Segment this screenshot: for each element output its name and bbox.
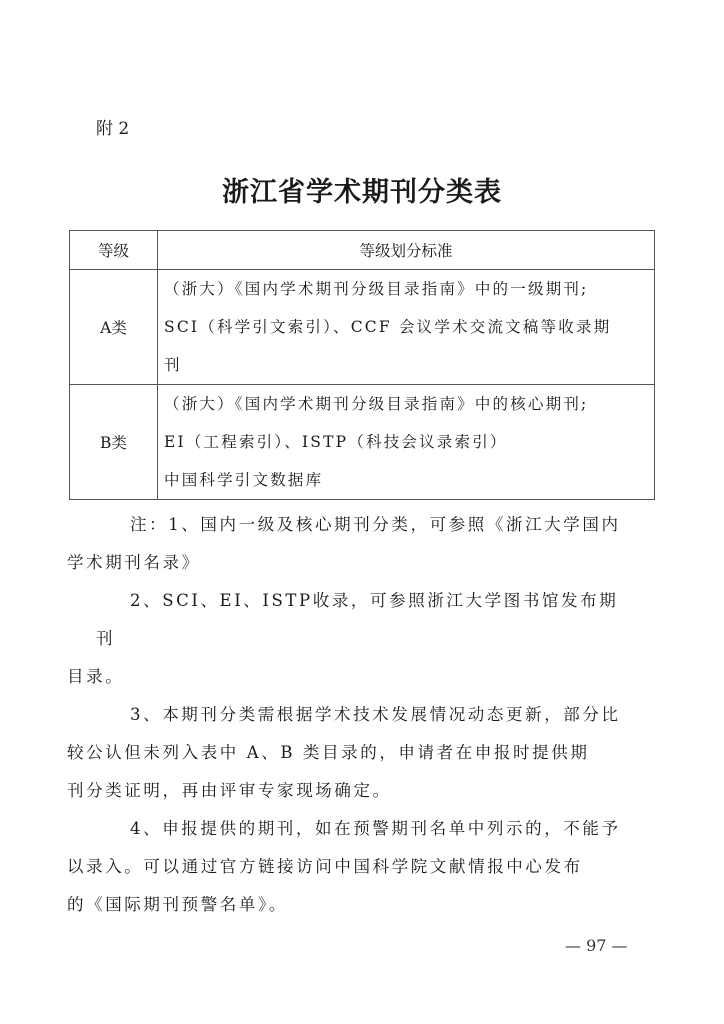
table-row: B类 （浙大）《国内学术期刊分级目录指南》中的核心期刊; EI（工程索引）、IS…: [70, 385, 655, 500]
note-1-continuation: 学术期刊名录》: [67, 544, 636, 582]
table-header-row: 等级 等级划分标准: [70, 231, 655, 270]
note-2-continuation: 目录。: [67, 658, 636, 696]
criteria-line: （浙大）《国内学术期刊分级目录指南》中的核心期刊;: [164, 385, 654, 423]
criteria-cell: （浙大）《国内学术期刊分级目录指南》中的一级期刊; SCI（科学引文索引）、CC…: [158, 270, 655, 385]
note-1-first-line: 注：1、国内一级及核心期刊分类，可参照《浙江大学国内: [96, 506, 636, 544]
page-number: — 97 —: [565, 936, 628, 955]
grade-cell: A类: [70, 270, 158, 385]
note-3-first-line: 3、本期刊分类需根据学术技术发展情况动态更新，部分比: [96, 696, 636, 734]
criteria-line: （浙大）《国内学术期刊分级目录指南》中的一级期刊;: [164, 270, 654, 308]
criteria-line: 刊: [164, 346, 654, 384]
note-3-continuation: 较公认但未列入表中 A、B 类目录的，申请者在申报时提供期: [67, 734, 636, 772]
criteria-line: EI（工程索引）、ISTP（科技会议录索引）: [164, 423, 654, 461]
criteria-cell: （浙大）《国内学术期刊分级目录指南》中的核心期刊; EI（工程索引）、ISTP（…: [158, 385, 655, 500]
grade-cell: B类: [70, 385, 158, 500]
header-grade: 等级: [70, 231, 158, 270]
classification-table: 等级 等级划分标准 A类 （浙大）《国内学术期刊分级目录指南》中的一级期刊; S…: [69, 230, 655, 500]
page-title: 浙江省学术期刊分类表: [0, 170, 724, 209]
attachment-label: 附 2: [96, 114, 129, 139]
note-4-first-line: 4、申报提供的期刊，如在预警期刊名单中列示的，不能予: [96, 810, 636, 848]
header-criteria: 等级划分标准: [158, 231, 655, 270]
note-3-continuation: 刊分类证明，再由评审专家现场确定。: [67, 772, 636, 810]
note-4-continuation: 以录入。可以通过官方链接访问中国科学院文献情报中心发布: [67, 848, 636, 886]
criteria-line: 中国科学引文数据库: [164, 461, 654, 499]
notes-section: 注：1、国内一级及核心期刊分类，可参照《浙江大学国内 学术期刊名录》 2、SCI…: [96, 506, 636, 924]
note-4-continuation: 的《国际期刊预警名单》。: [67, 886, 636, 924]
criteria-line: SCI（科学引文索引）、CCF 会议学术交流文稿等收录期: [164, 308, 654, 346]
table-row: A类 （浙大）《国内学术期刊分级目录指南》中的一级期刊; SCI（科学引文索引）…: [70, 270, 655, 385]
note-2-first-line: 2、SCI、EI、ISTP收录，可参照浙江大学图书馆发布期刊: [96, 582, 636, 658]
